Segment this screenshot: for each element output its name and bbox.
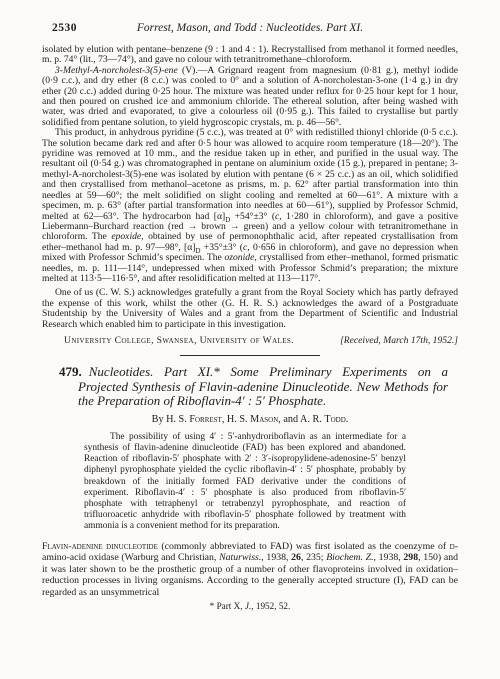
article-number: 479. <box>59 364 82 379</box>
received-date: [Received, March 17th, 1952.] <box>340 335 458 346</box>
running-title: Forrest, Mason, and Todd : Nucleotides. … <box>42 22 458 34</box>
paragraph-preparation: 3-Methyl-A-norcholest-3(5)-ene (V).—A Gr… <box>42 66 458 128</box>
abstract: The possibility of using 4′ : 5′-anhydro… <box>84 432 406 533</box>
article-title: 479.Nucleotides. Part XI.* Some Prelimin… <box>59 365 448 409</box>
affiliation-row: University College, Swansea, University … <box>42 335 458 346</box>
footnote: * Part X, J., 1952, 52. <box>42 601 458 611</box>
article-title-text: Nucleotides. Part XI.* Some Preliminary … <box>78 364 448 408</box>
journal-page: 2530 Forrest, Mason, and Todd : Nucleoti… <box>0 0 500 679</box>
page-number: 2530 <box>52 22 77 34</box>
opening-paragraph: Flavin-adenine dinucleotide (commonly ab… <box>42 541 458 599</box>
affiliation: University College, Swansea, University … <box>64 335 294 346</box>
previous-article-end: isolated by elution with pentane–benzene… <box>42 45 458 346</box>
paragraph-thionyl-chloride: This product, in anhydrous pyridine (5 c… <box>42 128 458 284</box>
paragraph-acknowledgement: One of us (C. W. S.) acknowledges gratef… <box>42 288 458 330</box>
article: 479.Nucleotides. Part XI.* Some Prelimin… <box>42 365 458 611</box>
article-divider <box>180 355 320 356</box>
running-head: 2530 Forrest, Mason, and Todd : Nucleoti… <box>42 22 458 36</box>
paragraph-continuation: isolated by elution with pentane–benzene… <box>42 45 458 66</box>
byline: By H. S. Forrest, H. S. Mason, and A. R.… <box>42 414 458 425</box>
